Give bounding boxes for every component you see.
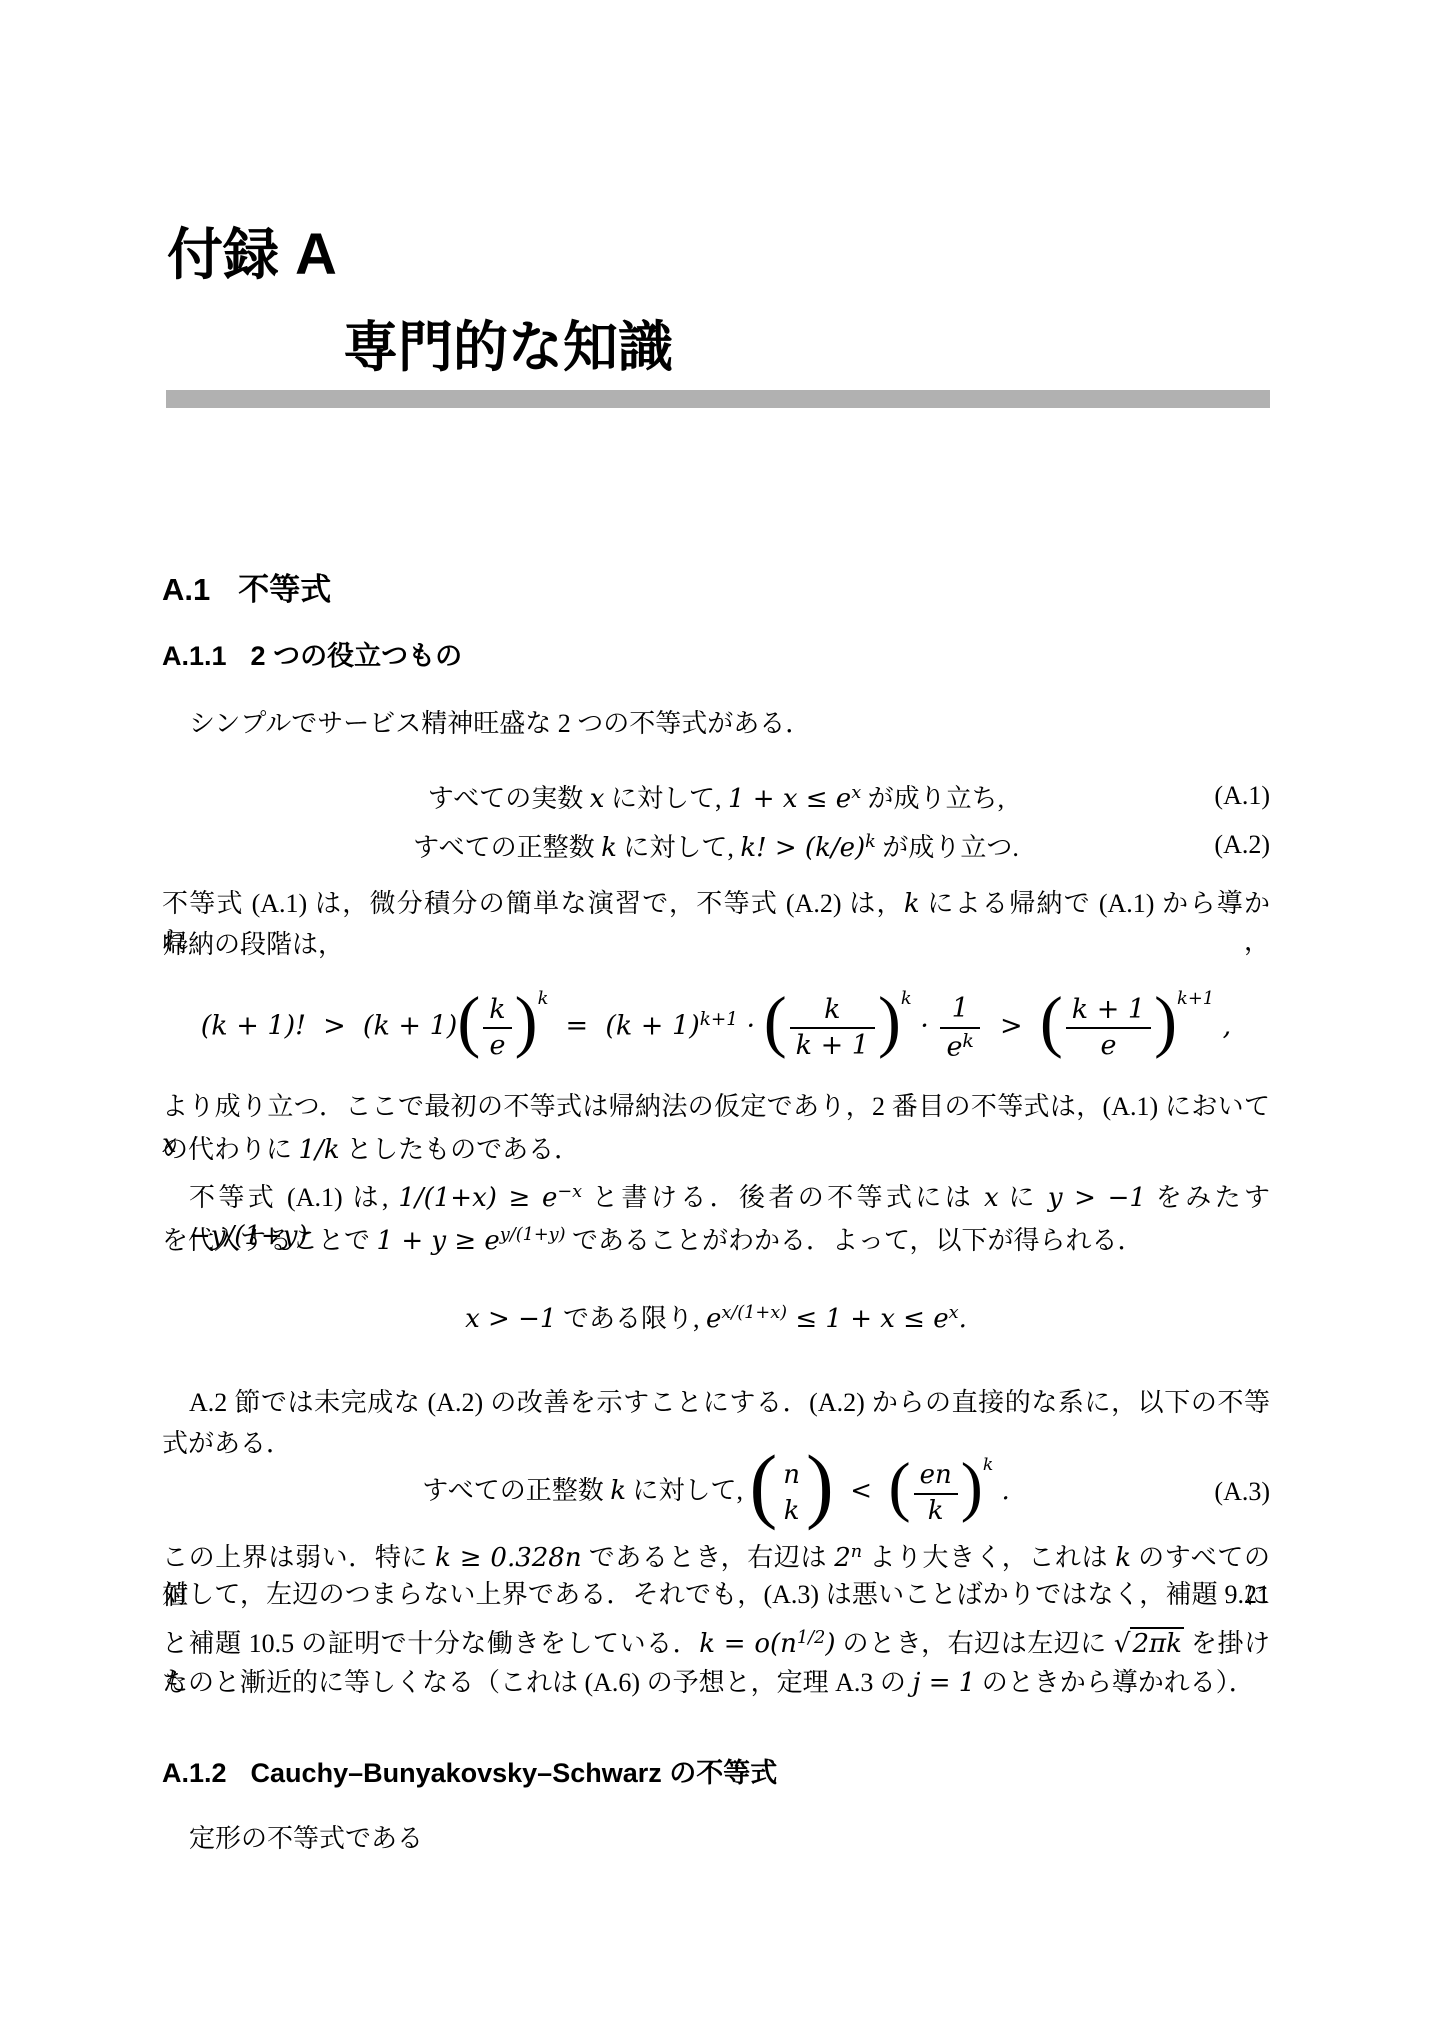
binomial-coefficient: nk [777,1458,806,1528]
fraction: kk + 1 [790,994,875,1063]
subsection-title: Cauchy–Bunyakovsky–Schwarz の不等式 [251,1758,778,1788]
text-run: この上界は弱い．特に [162,1543,435,1572]
equation-a2: すべての正整数 k に対して, k! > (k/e)k が成り立つ. (A.2) [162,823,1270,867]
text-run: を代入することで [162,1226,377,1255]
math-run: 1/k [299,1135,340,1165]
math-run: k ≥ 0.328n [435,1543,581,1573]
chapter-title: 専門的な知識 [343,303,673,382]
paragraph-line: 対して，左辺のつまらない上界である．それでも，(A.3) は悪いことばかりではな… [162,1576,1270,1613]
math-run: > [983,1011,1040,1042]
math-run: k [601,833,617,863]
fraction-numerator: 1 [940,993,979,1026]
text-run: ものと漸近的に等しくなる（これは (A.6) の予想と，定理 A.3 の [162,1668,912,1697]
big-paren: ( [457,983,480,1059]
text-run: に対して, [626,1477,750,1506]
math-run: k = o(n [699,1629,797,1659]
fraction-denominator: k + 1 [790,1027,875,1062]
equation-a1: すべての実数 x に対して, 1 + x ≤ ex が成り立ち, (A.1) [162,774,1270,818]
math-run: k [610,1477,626,1507]
fraction-denominator: e [1066,1027,1151,1062]
math-superscript: −x [557,1182,582,1202]
text-run: をみたす [1146,1183,1270,1212]
text-run: より成り立つ．ここで最初の不等式は帰納法の仮定であり，2 番目の不等式は，(A.… [162,1092,1270,1121]
paragraph-line: シンプルでサービス精神旺盛な 2 つの不等式がある． [189,705,1270,742]
text-run: のとき，右辺は左辺に [836,1629,1114,1658]
fraction-numerator: en [914,1460,958,1492]
equation-bound: x > −1 である限り, ex/(1+x) ≤ 1 + x ≤ ex. [162,1293,1270,1339]
chapter-number-letter: A [295,222,337,287]
big-paren: ) [878,983,901,1059]
text-run: のときから導かれる）． [975,1668,1255,1697]
math-run: y > −1 [1048,1183,1146,1213]
text-run: であることがわかる．よって，以下が得られる． [566,1226,1144,1255]
math-run: x > −1 [465,1304,556,1334]
big-paren: ( [1040,983,1063,1059]
text-run: と補題 10.5 の証明で十分な働きをしている． [162,1629,699,1658]
text-run: が成り立つ. [876,833,1019,862]
paragraph-line: 定形の不等式である [189,1820,1270,1857]
equation-body: x > −1 である限り, ex/(1+x) ≤ 1 + x ≤ ex. [465,1298,967,1335]
fraction: 1ek [940,993,979,1063]
subsection-title: 2 つの役立つもの [251,641,463,671]
text-run: に対して, [604,784,728,813]
math-superscript: k+1 [700,1010,738,1031]
text-run: すべての正整数 [422,1477,610,1506]
math-superscript: k [865,832,876,852]
fraction-denominator: e [483,1027,511,1062]
math-superscript: 1/2 [797,1628,825,1648]
square-root: √2πk [1114,1629,1184,1658]
math-run: x [590,784,605,814]
fraction-numerator: k + 1 [1066,994,1151,1027]
text-run: であるとき，右辺は [582,1543,835,1572]
equation-label-a1: (A.1) [1214,781,1270,811]
text-run: としたものである． [340,1135,581,1164]
math-superscript: x/(1+x) [721,1303,787,1323]
radical-sign: √ [1114,1629,1131,1659]
subsection-heading-a12: A.1.2Cauchy–Bunyakovsky–Schwarz の不等式 [162,1751,777,1790]
binomial-bottom: k [779,1494,804,1529]
chapter-number: 付録A [167,222,337,289]
equation-induction-step: (k + 1)! > (k + 1)(ke)k = (k + 1)k+1 · (… [162,968,1270,1084]
text-run: すべての正整数 [413,833,601,862]
math-superscript: k+1 [1177,988,1214,1009]
text-run: が成り立ち, [861,784,1004,813]
fraction-numerator: k [483,994,511,1027]
math-run: 1 + y ≥ e [377,1226,500,1256]
text-run: と書ける．後者の不等式には [582,1183,984,1212]
equation-label-a2: (A.2) [1214,830,1270,860]
math-run: < [834,1477,889,1507]
text-run: シンプルでサービス精神旺盛な 2 つの不等式がある． [189,709,811,738]
binomial-top: n [779,1458,804,1493]
section-heading-a1: A.1不等式 [162,564,331,609]
math-run: k [1115,1543,1131,1573]
text-run: の代わりに [162,1135,299,1164]
radicand: 2πk [1130,1627,1183,1659]
chapter-number-prefix: 付録 [167,225,279,287]
math-run: · [912,1011,938,1042]
subsection-heading-a11: A.1.12 つの役立つもの [162,634,462,673]
fraction-denominator: ek [940,1027,979,1064]
math-run: x [984,1183,999,1213]
big-paren: ( [764,983,787,1059]
math-superscript: x [949,1303,959,1323]
big-paren: ) [961,1451,983,1524]
math-run: k [904,889,920,919]
text-run: 不等式 (A.1) は, [189,1183,398,1212]
math-run: 1 + x ≤ e [728,784,851,814]
math-run: k! > (k/e) [740,833,865,863]
big-paren: ) [1154,983,1177,1059]
section-title: 不等式 [238,572,331,607]
paragraph-line: ものと漸近的に等しくなる（これは (A.6) の予想と，定理 A.3 の j =… [162,1664,1270,1702]
fraction: k + 1e [1066,994,1151,1063]
text-run: に対して, [617,833,741,862]
text-run: 不等式 (A.1) は，微分積分の簡単な演習で，不等式 (A.2) は， [162,889,904,918]
math-run: (k + 1)! > (k + 1) [201,1011,458,1042]
fraction-numerator: k [790,994,875,1027]
math-run: ≤ 1 + x ≤ e [787,1304,949,1334]
paragraph-line: を代入することで 1 + y ≥ ey/(1+y) であることがわかる．よって，… [162,1217,1270,1260]
equation-a3: すべての正整数 k に対して, (nk) < (enk)k . (A.3) [162,1450,1270,1534]
equation-body: すべての正整数 k に対して, k! > (k/e)k が成り立つ. [413,827,1019,864]
math-superscript: k [538,988,549,1009]
equation-label-a3: (A.3) [1214,1477,1270,1507]
subsection-number: A.1.2 [162,1758,227,1788]
book-page: 付録A 専門的な知識 A.1不等式 A.1.12 つの役立つもの シンプルでサー… [0,0,1434,2024]
math-superscript: n [851,1542,862,1562]
text-run: より大きく，これは [862,1543,1115,1572]
math-run: , [1214,1011,1231,1042]
text-run: A.2 節では未完成な (A.2) の改善を示すことにする．(A.2) からの直… [189,1388,1270,1417]
big-paren: ( [889,1451,911,1524]
text-run: 帰納の段階は， [162,930,344,959]
big-paren: ) [515,983,538,1059]
math-run: = (k + 1) [548,1011,699,1042]
text-run: である限り, [556,1304,706,1333]
equation-body: すべての正整数 k に対して, (nk) < (enk)k . [422,1455,1010,1528]
math-superscript: y/(1+y) [500,1225,566,1245]
paragraph-line: 帰納の段階は， [162,926,1270,963]
paragraph-line: A.2 節では未完成な (A.2) の改善を示すことにする．(A.2) からの直… [189,1384,1270,1421]
math-superscript: k [983,1455,993,1475]
math-superscript: k [901,988,912,1009]
math-run: e [706,1304,721,1334]
paragraph-line: の代わりに 1/k としたものである． [162,1131,1270,1169]
equation-body: すべての実数 x に対して, 1 + x ≤ ex が成り立ち, [428,778,1004,815]
math-run: · [738,1011,764,1042]
math-run: j = 1 [912,1668,975,1698]
math-run: 2 [834,1543,851,1573]
math-run: 1/(1+x) ≥ e [398,1183,557,1213]
math-run: . [959,1304,967,1334]
fraction-denominator: k [914,1493,958,1527]
big-paren: ) [806,1439,834,1531]
section-number: A.1 [162,572,210,607]
chapter-rule-bar [166,390,1270,408]
fraction: enk [914,1460,958,1526]
text-run: に [999,1183,1048,1212]
math-run: . [993,1477,1010,1507]
math-superscript: x [851,783,861,803]
text-run: 定形の不等式である [189,1824,423,1853]
big-paren: ( [750,1439,778,1531]
fraction: ke [483,994,511,1063]
text-run: すべての実数 [428,784,590,813]
math-superscript: k [962,1030,973,1052]
subsection-number: A.1.1 [162,641,227,671]
equation-body: (k + 1)! > (k + 1)(ke)k = (k + 1)k+1 · (… [201,988,1232,1063]
math-run: ) [825,1629,835,1659]
text-run: 対して，左辺のつまらない上界である．それでも，(A.3) は悪いことばかりではな… [162,1580,1270,1609]
